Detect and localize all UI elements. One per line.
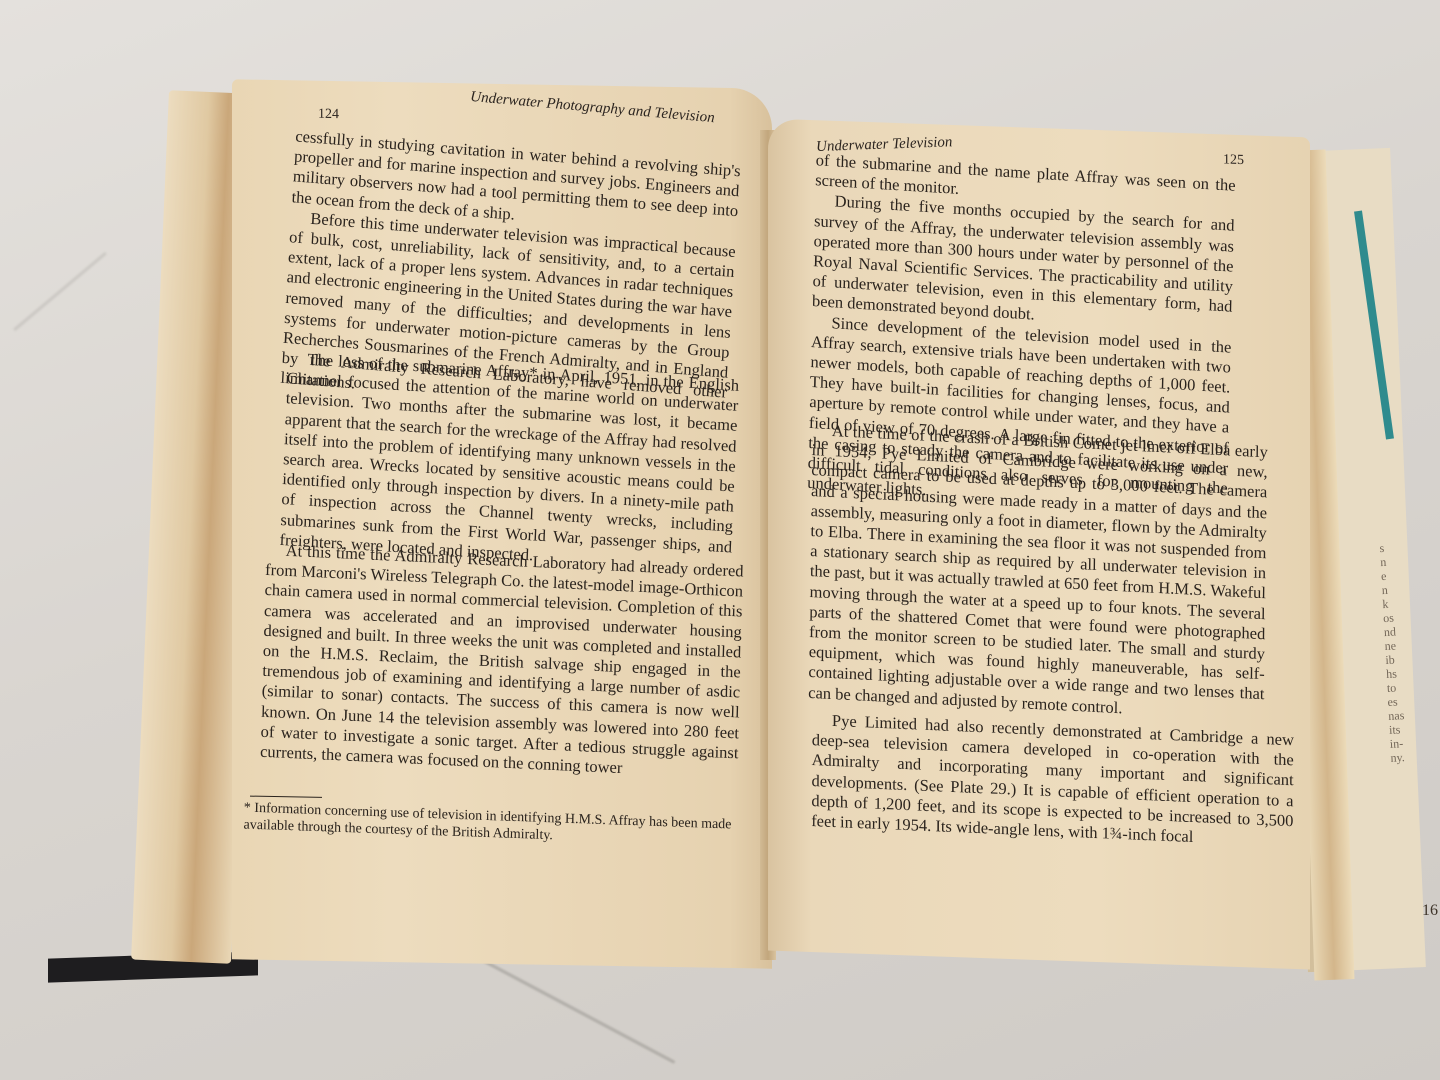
paragraph: At this time the Admiralty Research Labo… bbox=[260, 540, 744, 784]
paragraph: Pye Limited had also recently demonstrat… bbox=[811, 710, 1294, 851]
footnote-rule bbox=[250, 796, 322, 798]
left-page: 124 Underwater Photography and Televisio… bbox=[232, 79, 772, 968]
running-head: Underwater Photography and Television bbox=[470, 89, 715, 127]
fragment: ny. bbox=[1390, 749, 1431, 765]
body-text: At the time of the crash of a British Co… bbox=[808, 420, 1268, 725]
underlying-page-number: 16 bbox=[1422, 902, 1438, 920]
marble-vein bbox=[13, 252, 107, 331]
right-page: Underwater Television 125 of the submari… bbox=[768, 119, 1310, 970]
body-text: Pye Limited had also recently demonstrat… bbox=[811, 710, 1294, 851]
page-number: 125 bbox=[1223, 152, 1244, 169]
page-number: 124 bbox=[318, 107, 339, 123]
body-text: At this time the Admiralty Research Labo… bbox=[260, 540, 744, 784]
paragraph: At the time of the crash of a British Co… bbox=[808, 420, 1268, 725]
footnote: * Information concerning use of televisi… bbox=[243, 799, 740, 850]
